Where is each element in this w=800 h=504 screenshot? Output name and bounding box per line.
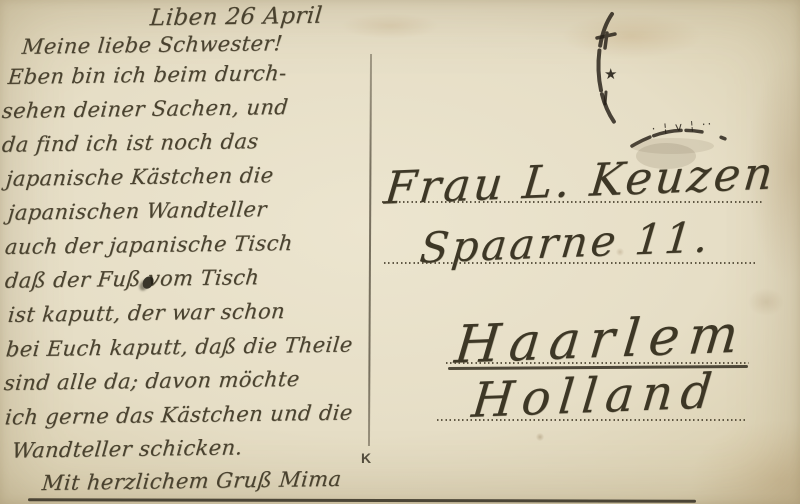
message-closing: Mit herzlichem Gruß Mima	[41, 469, 342, 494]
postmark-tick-mark	[605, 92, 606, 104]
message-line: Eben bin ich beim durch-	[7, 63, 287, 88]
message-line: ich gerne das Kästchen und die	[4, 403, 354, 429]
message-line: Wandteller schicken.	[11, 437, 243, 461]
message-greeting: Meine liebe Schwester!	[21, 33, 284, 58]
message-line: japanische Kästchen die	[5, 165, 274, 190]
divider-line	[368, 54, 372, 446]
postmark-smudge	[630, 138, 714, 154]
message-line: ist kaputt, der war schon	[7, 301, 286, 326]
message-line: japanischen Wandteller	[7, 199, 268, 224]
message-line: daß der Fuß vom Tisch	[4, 267, 260, 292]
postmark-star-icon: ★	[604, 65, 617, 83]
message-line: sind alle da; davon möchte	[3, 369, 301, 394]
address-line-rule	[384, 262, 755, 264]
message-line: sehen deiner Sachen, und	[1, 97, 289, 122]
message-line: bei Euch kaputt, daß die Theile	[5, 335, 354, 361]
postcard-back: Liben 26 April Meine liebe Schwester! Eb…	[0, 0, 800, 504]
message-line: da find ich ist noch das	[1, 131, 259, 156]
address-country: Holland	[470, 367, 722, 425]
message-date-line: Liben 26 April	[149, 5, 323, 30]
address-line-rule	[437, 419, 748, 421]
message-line: auch der japanische Tisch	[4, 233, 294, 258]
printer-mark: K	[361, 450, 371, 466]
card-bottom-edge	[28, 498, 696, 502]
postmark-stamp: ★ · ¦ v ¦ ··	[570, 0, 800, 190]
address-line-rule	[382, 201, 762, 203]
postmark-letters: · ¦ v ¦ ··	[651, 117, 714, 136]
